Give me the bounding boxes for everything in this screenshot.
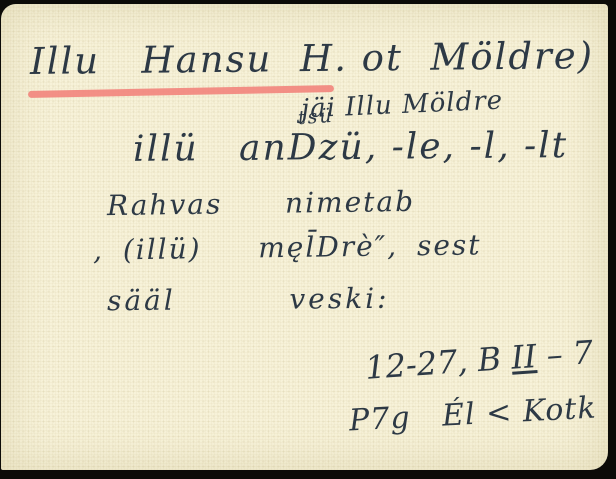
pronunciation-superscript: tsü [297,107,334,128]
map-ref-part1: 12-27, B [364,339,513,387]
scan-background: { "colors": { "paper": "#f7f2d9", "ink":… [0,0,616,479]
map-ref-part3: – 7 [535,333,594,375]
map-reference-line: 12-27, B II – 7 [364,336,594,384]
red-underline [28,85,334,98]
index-card: Illu Hansu H. ot Möldre) jäi Illu Möldre… [1,4,608,470]
note-line-3: sääl veski: [107,285,390,315]
source-reference-line: P7g Él < Kotk [348,394,597,437]
note-line-2: , (illü) męl̄Drè″, sest [93,231,482,264]
map-ref-roman-numeral: II [510,337,538,377]
note-line-1: Rahvas nimetab [107,188,415,220]
pronunciation-entry-line: illü anDzü, -le, -l, -lt [133,128,568,168]
card-title-line: Illu Hansu H. ot Möldre) [30,37,594,80]
